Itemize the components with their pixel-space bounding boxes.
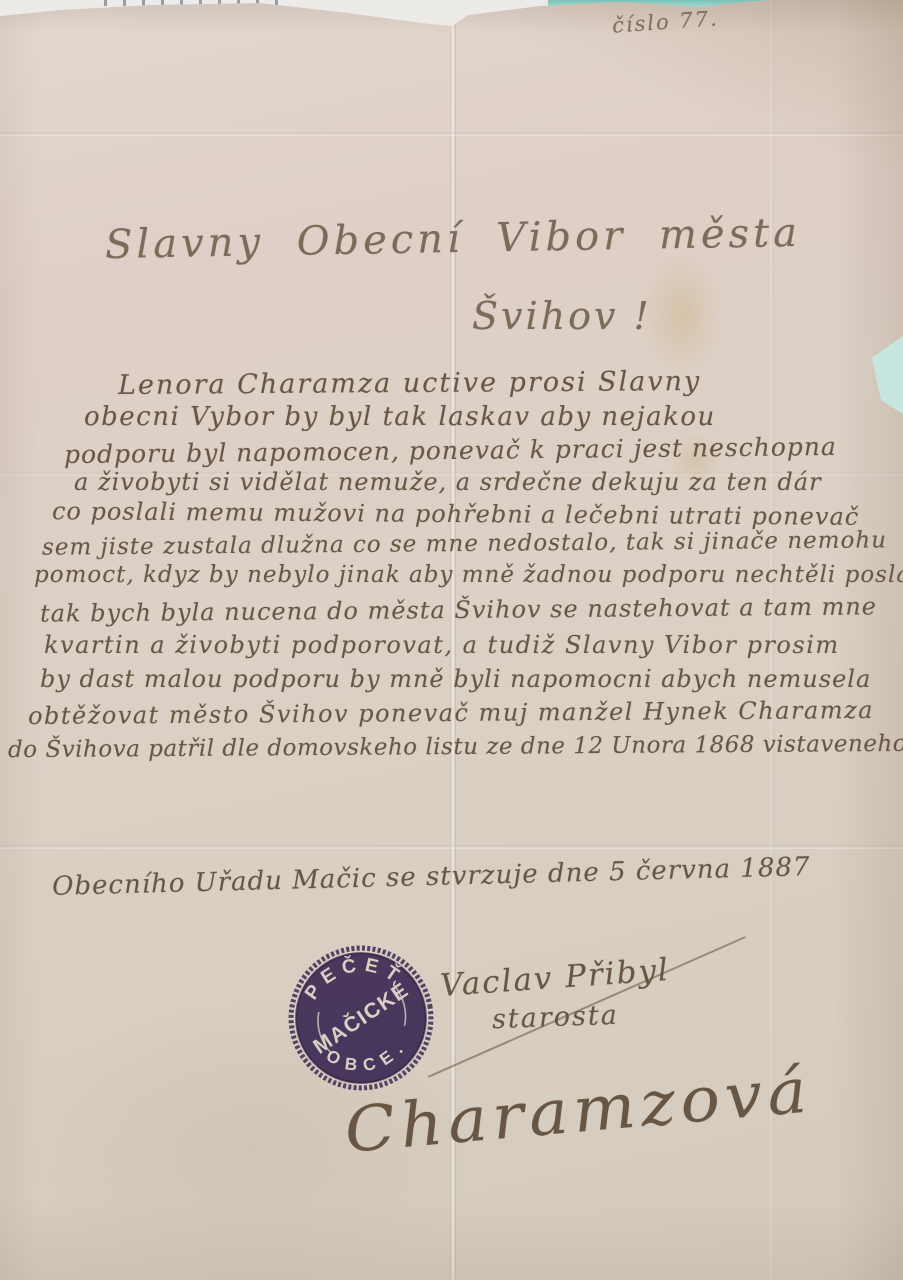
body-line: obecni Vybor by byl tak laskav aby nejak…	[84, 402, 716, 432]
body-line: podporu byl napomocen, ponevač k praci j…	[64, 432, 837, 469]
horizontal-fold-line	[0, 845, 903, 849]
date-line: Obecního Uřadu Mačic se stvrzuje dne 5 č…	[52, 852, 811, 902]
horizontal-fold-line	[0, 132, 903, 136]
body-line: sem jiste zustala dlužna co se mne nedos…	[42, 527, 887, 560]
body-line: tak bych byla nucena do města Švihov se …	[40, 592, 877, 627]
body-line: kvartin a živobyti podporovat, a tudiž S…	[44, 631, 840, 659]
body-line: a živobyti si vidělat nemuže, a srdečne …	[74, 468, 822, 496]
body-line: co poslali memu mužovi na pohřebni a leč…	[52, 497, 859, 531]
letter-heading-line1: Slavny Obecní Vibor města	[105, 210, 802, 268]
body-line: pomoct, kdyz by nebylo jinak aby mně žad…	[34, 562, 903, 588]
seal-icon: PEČEŤ OBCE. MAČICKÉ	[271, 930, 451, 1107]
signature-name: Vaclav Přibyl	[439, 952, 671, 1004]
official-seal-stamp: PEČEŤ OBCE. MAČICKÉ	[271, 930, 451, 1107]
letter-heading-line2: Švihov !	[472, 294, 652, 338]
corner-number: číslo 77.	[611, 6, 719, 37]
letter-paper: číslo 77. Slavny Obecní Vibor města Švih…	[0, 0, 903, 1280]
body-line: do Švihova patřil dle domovskeho listu z…	[8, 731, 903, 763]
body-line: by dast malou podporu by mně byli napomo…	[40, 665, 871, 693]
signature-title: starosta	[491, 1000, 619, 1035]
body-line: Lenora Charamza uctive prosi Slavny	[118, 366, 701, 401]
body-line: obtěžovat město Švihov ponevač muj manže…	[28, 696, 874, 730]
